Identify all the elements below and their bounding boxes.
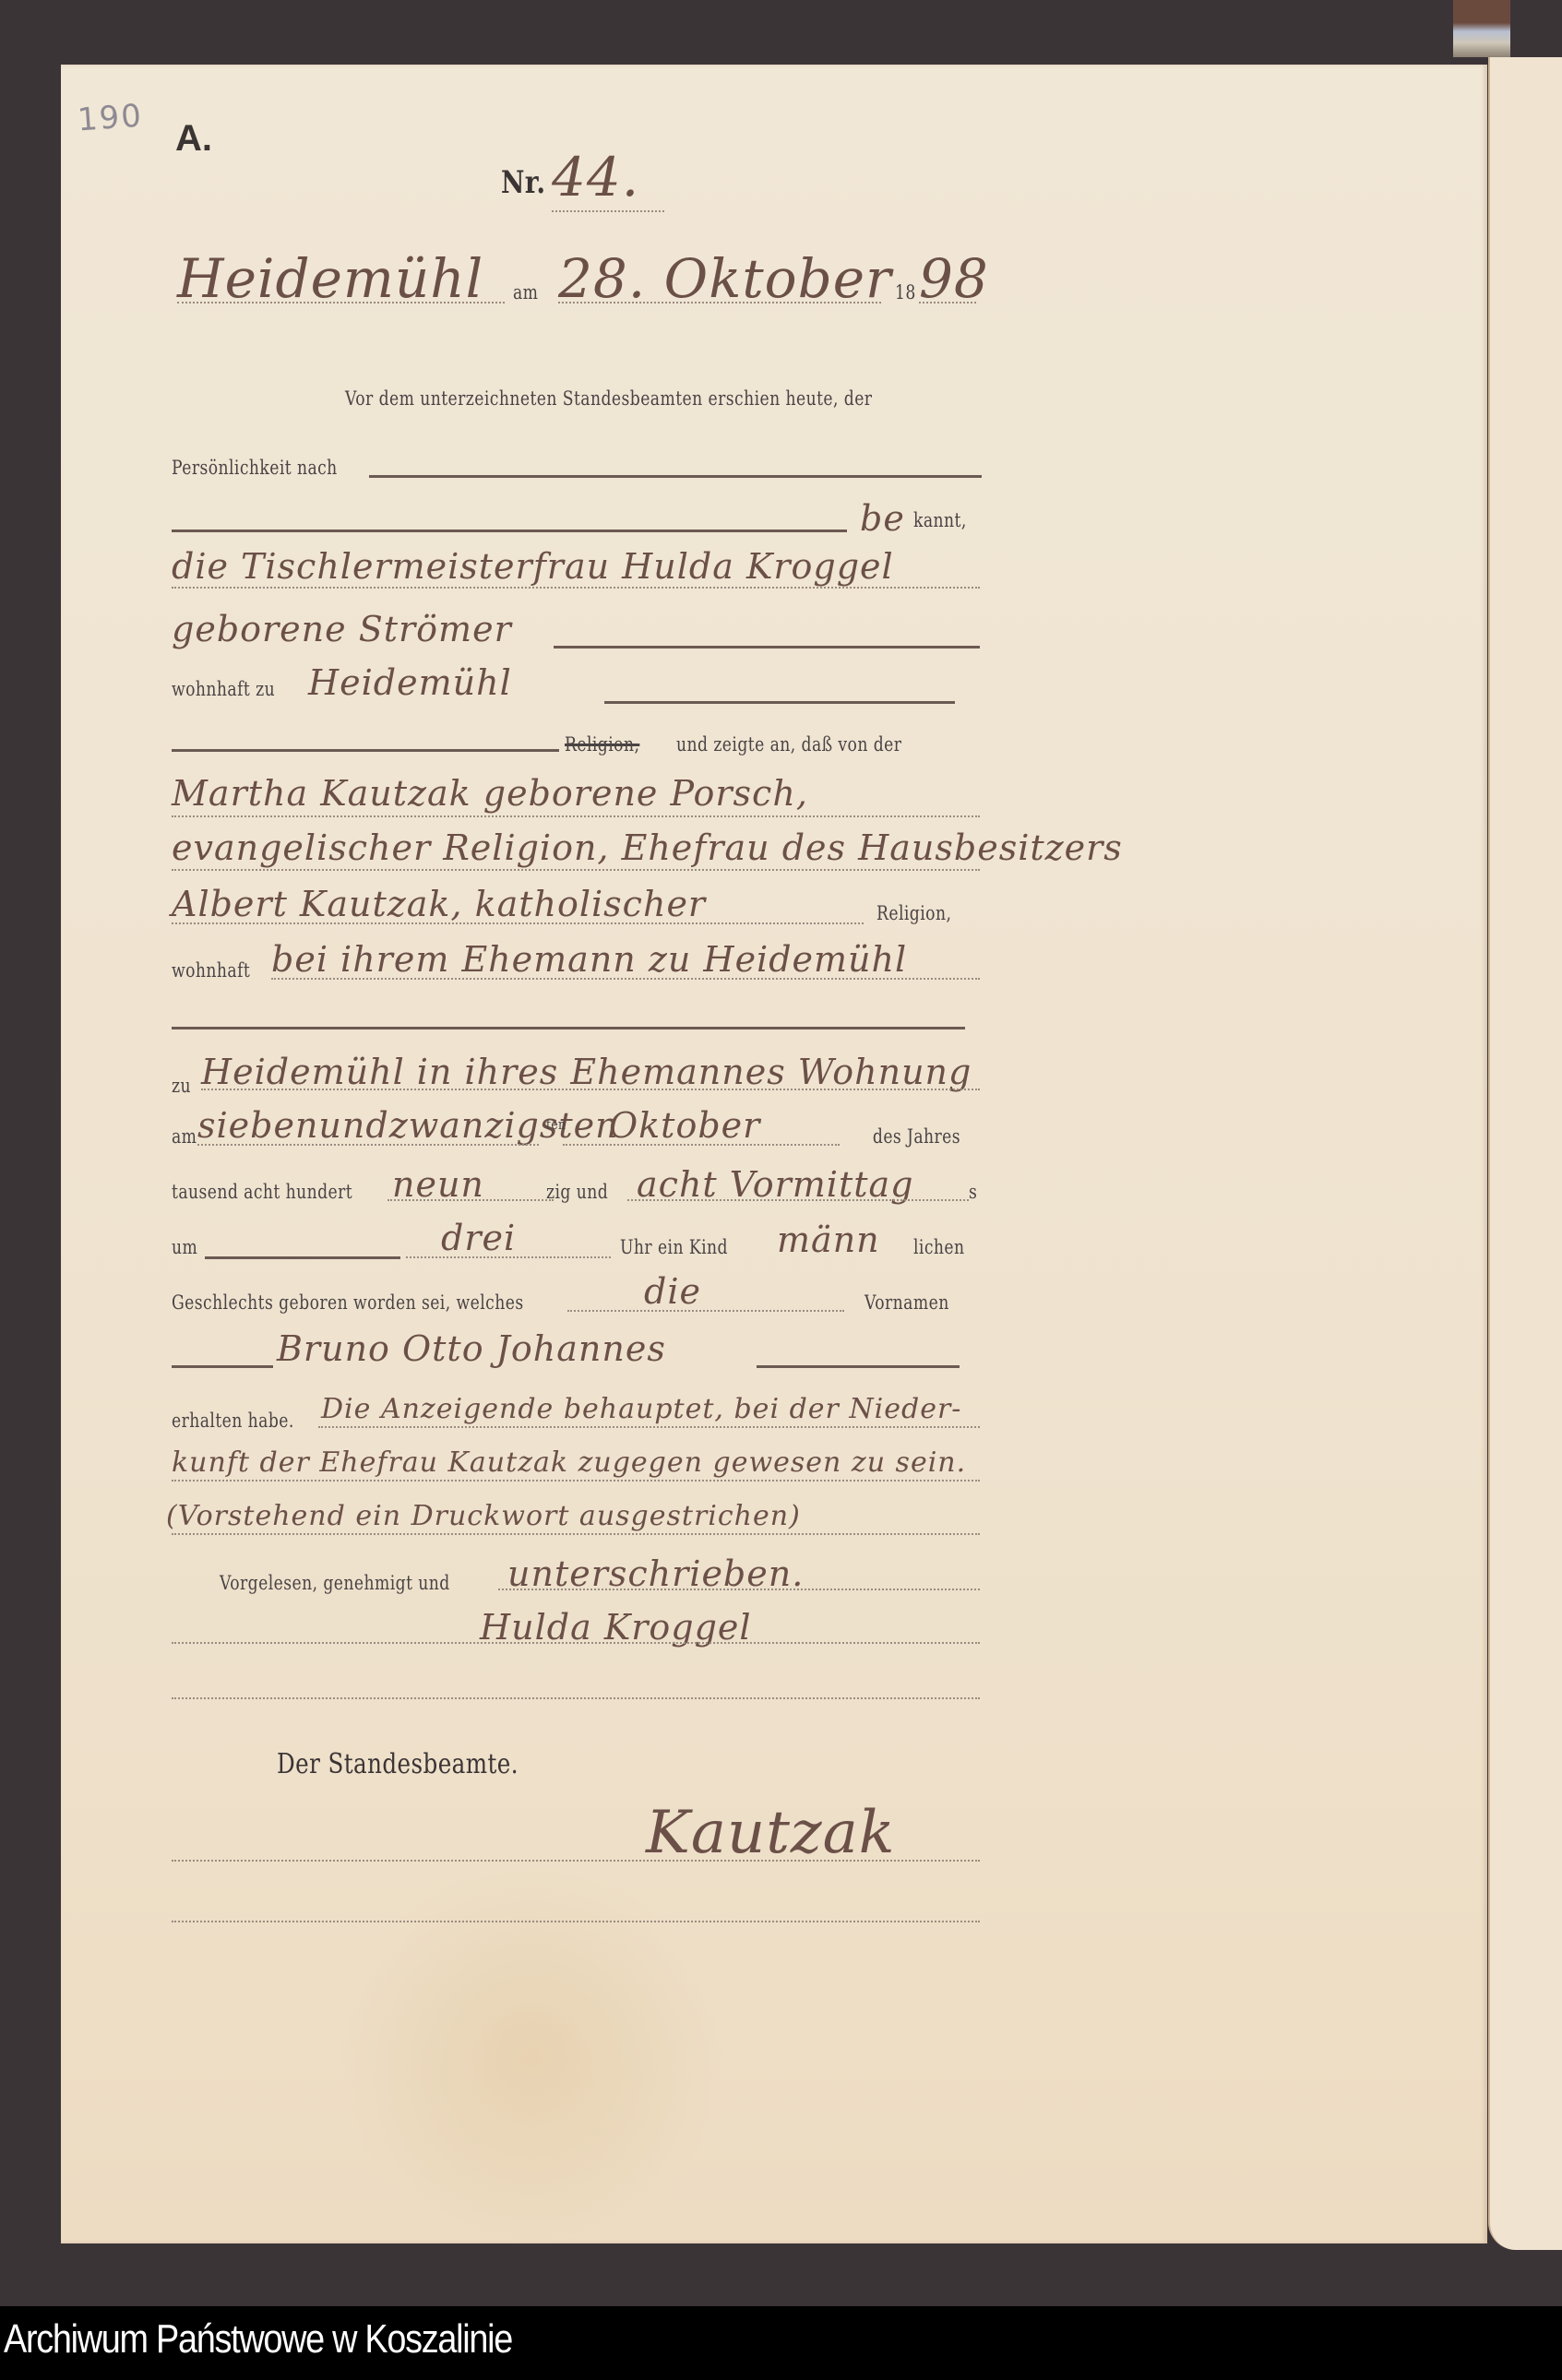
day-rule [197,1144,539,1146]
mother-line-1: Martha Kautzak geborene Porsch, [172,773,808,814]
sex-suffix: lichen [913,1236,964,1258]
article-rule [567,1310,844,1312]
received-label: erhalten habe. [172,1410,294,1432]
birthplace-label: zu [172,1075,191,1097]
binding-thread [1453,0,1510,57]
birthplace-value: Heidemühl in ihres Ehemannes Wohnung [201,1052,972,1092]
month-value: Oktober [609,1105,760,1146]
registrar-signature: Kautzak [646,1799,896,1867]
place-line [177,302,505,303]
approved-rule [498,1589,980,1590]
registrar-label: Der Standesbeamte. [277,1748,519,1780]
residence-label: wohnhaft zu [172,678,275,700]
nr-label: Nr. [501,164,546,201]
residence-rule [604,701,955,704]
archive-name: Archiwum Państwowe w Koszalinie [4,2316,512,2362]
informant-line-2-rule [554,646,980,649]
zig-label: zig und [546,1181,608,1203]
month-rule [563,1144,840,1146]
year-label: des Jahres [873,1125,960,1148]
year-line [919,302,976,303]
religion-rule [172,749,559,752]
year-suffix: 98 [919,247,989,310]
signature-rule-1 [172,1642,980,1644]
nr-line [552,210,664,212]
remark-line-1: Die Anzeigende behauptet, bei der Nieder… [321,1393,961,1425]
s-suffix: s [969,1181,977,1203]
identity-rule [369,475,982,478]
religion-struck: Religion, [565,733,639,756]
informant-line-1: die Tischlermeisterfrau Hulda Kroggel [172,546,894,587]
remark-line-2: kunft der Ehefrau Kautzak zugegen gewese… [172,1446,966,1479]
geschlechts-label: Geschlechts geboren worden sei, welches [172,1291,524,1314]
um-rule [205,1256,400,1259]
day-label: am [172,1125,197,1148]
child-label: Uhr ein Kind [620,1236,728,1258]
identity-label: Persönlichkeit nach [172,457,338,479]
child-names: Bruno Otto Johannes [277,1328,666,1369]
mother-line-2: evangelischer Religion, Ehefrau des Haus… [172,827,1123,868]
folio-number: 190 [77,98,145,139]
decade-rule [388,1199,554,1201]
am-label: am [513,281,538,303]
record-number: 44. [552,146,639,208]
year-prefix: 18 [895,281,916,303]
mother-line-1-rule [172,815,980,817]
registration-date: 28. Oktober [558,247,892,310]
remark-line-2-rule [172,1480,980,1482]
names-rule-right [757,1365,960,1368]
religion-tail: und zeigte an, daß von der [676,733,901,756]
sex-value: männ [777,1220,880,1260]
adjacent-page-edge [1488,57,1562,2250]
residence-value: Heidemühl [308,662,512,703]
unit-rule [627,1199,969,1201]
remark-line-3: (Vorstehend ein Druckwort ausgestrichen) [166,1500,801,1532]
intro-text: Vor dem unterzeichneten Standesbeamten e… [345,387,872,410]
hour-value: drei [441,1218,516,1258]
um-label: um [172,1236,197,1258]
informant-line-2: geborene Strömer [172,609,512,649]
remark-line-3-rule [172,1533,980,1535]
registrar-rule [172,1860,980,1862]
place-of-registration: Heidemühl [177,247,483,310]
father-line-rule [172,922,864,924]
approved-label: Vorgelesen, genehmigt und [220,1572,450,1594]
known-hand: be [860,498,905,539]
hour-rule [406,1256,611,1258]
blank-rule [172,1027,965,1029]
birthplace-rule [201,1089,980,1090]
article-value: die [644,1271,701,1312]
remark-line-1-rule [318,1426,980,1428]
religion-label: Religion, [876,902,951,924]
mother-residence-label: wohnhaft [172,959,250,982]
ten-suffix: ten [546,1116,566,1133]
mother-residence-rule [271,978,980,980]
mother-line-2-rule [172,869,980,871]
bottom-rule [172,1921,980,1922]
thousand-label: tausend acht hundert [172,1181,352,1203]
names-rule-left [172,1365,273,1368]
informant-line-1-rule [172,587,980,589]
mother-residence-value: bei ihrem Ehemann zu Heidemühl [271,939,907,980]
vornamen-label: Vornamen [864,1291,949,1314]
date-line [558,302,881,303]
signature-rule-2 [172,1697,980,1699]
known-rule [172,530,847,532]
form-letter: A. [175,118,212,160]
known-print: kannt, [913,509,967,531]
father-line: Albert Kautzak, katholischer [172,884,706,924]
